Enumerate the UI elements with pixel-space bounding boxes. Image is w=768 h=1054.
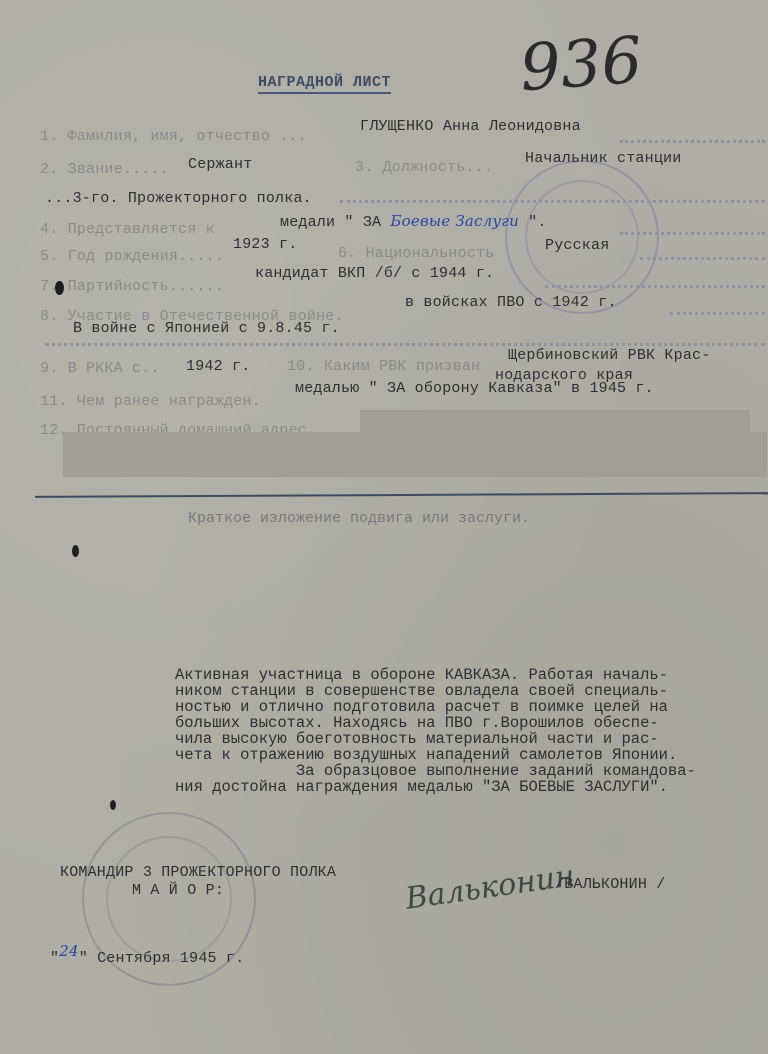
field-1-label: 1. Фамилия, имя, отчество ... [40, 128, 307, 145]
field-6-value: Русская [545, 237, 609, 254]
field-2-value: Сержант [188, 156, 252, 173]
handwritten-signature: Вальконин [403, 858, 576, 916]
document-title: НАГРАДНОЙ ЛИСТ [258, 74, 391, 94]
signatory-rank: М А Й О Р: [132, 882, 224, 899]
field-4-value: медали " ЗА Боевые Заслуги ". [280, 212, 547, 231]
ink-mark [72, 545, 79, 557]
field-8-value: в войсках ПВО с 1942 г. [405, 294, 617, 311]
redacted-address-block [63, 432, 767, 477]
dotted-line [340, 200, 765, 203]
field-4-label: 4. Представляется к [40, 221, 215, 238]
section-title: Краткое изложение подвига или заслуги. [188, 510, 530, 527]
handwritten-award-name: Боевые Заслуги [390, 212, 519, 230]
section-divider [35, 492, 768, 498]
field-9-value: 1942 г. [186, 358, 250, 375]
field-6-label: 6. Национальность [338, 245, 494, 262]
narrative-text: Активная участница в обороне КАВКАЗА. Ра… [175, 651, 696, 795]
handwritten-day: 24 [59, 942, 79, 960]
signatory-title: КОМАНДИР 3 ПРОЖЕКТОРНОГО ПОЛКА [60, 864, 336, 881]
redacted-address-block [360, 410, 750, 432]
field-5-label: 5. Год рождения..... [40, 248, 224, 265]
field-10-label: 10. Каким РВК призван [287, 358, 480, 375]
ink-mark [110, 800, 116, 810]
narrative-line: ния достойна награждения медалью "ЗА БОЕ… [175, 778, 668, 796]
field-11-value: медалью " ЗА оборону Кавказа" в 1945 г. [295, 380, 654, 397]
field-7-value: кандидат ВКП /б/ с 1944 г. [255, 265, 494, 282]
dotted-line [640, 257, 765, 260]
dotted-line [620, 140, 765, 143]
field-1-value: ГЛУЩЕНКО Анна Леонидовна [360, 118, 581, 135]
field-3-value: Начальник станции [525, 150, 681, 167]
document-date: "24" Сентября 1945 г. [50, 948, 244, 967]
field-3-continuation: ...3-го. Прожекторного полка. [45, 190, 312, 207]
field-9-label: 9. В РККА с.. [40, 360, 160, 377]
field-7-label: 7. Партийность...... [40, 278, 224, 295]
field-2-label: 2. Звание..... [40, 161, 169, 178]
dotted-line [620, 232, 765, 235]
field-5-value: 1923 г. [233, 236, 297, 253]
award-sheet-document: 936 НАГРАДНОЙ ЛИСТ 1. Фамилия, имя, отче… [0, 0, 768, 1054]
dotted-line [45, 343, 765, 346]
field-8-value-line2: В войне с Японией с 9.8.45 г. [73, 320, 340, 337]
field-10-value: Щербиновский РВК Крас- [508, 347, 710, 364]
field-3-label: 3. Должность... [355, 159, 493, 176]
field-11-label: 11. Чем ранее награжден. [40, 393, 261, 410]
signatory-name: /ВАЛЬКОНИН / [555, 876, 665, 893]
folio-number: 936 [518, 24, 645, 106]
dotted-line [670, 312, 765, 315]
dotted-line [545, 285, 765, 288]
